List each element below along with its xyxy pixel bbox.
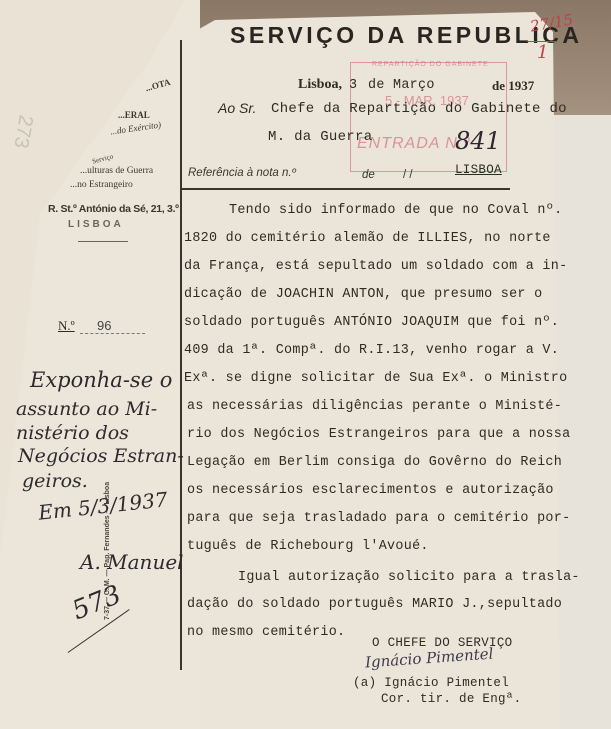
- body-line: as necessárias diligências perante o Min…: [187, 399, 562, 414]
- addressee-line-1: Chefe da Repartição do Gabinete do: [271, 101, 567, 117]
- body-line: os necessários esclarecimentos e autoriz…: [187, 483, 554, 498]
- body-line: Tendo sido informado de que no Coval nº.: [229, 203, 562, 218]
- body-line: da França, está sepultado um soldado com…: [184, 259, 567, 274]
- note-line: geiros.: [22, 470, 88, 492]
- reference-label: Referência à nota n.º: [188, 167, 296, 179]
- fold-city: LISBOA: [68, 219, 124, 230]
- corner-note-bottom: 1: [537, 42, 548, 63]
- reference-slashes: / /: [403, 169, 413, 181]
- addressee-prefix: Ao Sr.: [218, 100, 256, 116]
- body-line: rio dos Negócios Estrangeiros para que a…: [187, 427, 570, 442]
- body-line: dicação de JOACHIN ANTON, que presumo se…: [184, 287, 542, 302]
- fold-header-line: ...no Estrangeiro: [70, 180, 133, 190]
- printer-imprint: 7-37 — C. M. — Pap. Fernandes — Lisboa: [104, 482, 111, 620]
- document-number: 96: [97, 318, 111, 333]
- body-line: tuguês de Richebourg l'Avoué.: [187, 539, 429, 554]
- fold-header-line: ...ulturas de Guerra: [80, 166, 153, 176]
- note-line: Exponha-se o: [30, 368, 172, 392]
- note-line: nistério dos: [16, 422, 129, 444]
- stamp-header: REPARTIÇÃO DO GABINETE: [372, 61, 489, 68]
- number-rule: [80, 333, 145, 335]
- note-line: assunto ao Mi-: [16, 398, 157, 420]
- fold-rule: [78, 241, 128, 242]
- reference-de: de: [362, 169, 375, 181]
- body-line: Legação em Berlim consiga do Govêrno do …: [187, 455, 562, 470]
- signatory-rank: Cor. tir. de Engª.: [381, 692, 521, 706]
- body-line: dação do soldado português MARIO J.,sepu…: [187, 597, 562, 612]
- reference-city: LISBOA: [455, 163, 502, 177]
- body-line: Igual autorização solicito para a trasla…: [238, 570, 580, 585]
- date-place: Lisboa,: [298, 77, 342, 93]
- margin-line: [180, 40, 182, 670]
- note-line: Negócios Estran-: [18, 445, 184, 467]
- addressee-line-2: M. da Guerra: [268, 129, 372, 145]
- body-line: no mesmo cemitério.: [187, 625, 345, 640]
- date-day: 3: [349, 78, 357, 93]
- fold-address: R. St.º António da Sé, 21, 3.º: [48, 203, 179, 215]
- document-number-label: N.º: [58, 318, 75, 334]
- body-line: 409 da 1ª. Compª. do R.I.13, venho rogar…: [184, 343, 559, 358]
- signatory-name: (a) Ignácio Pimentel: [353, 676, 509, 690]
- date-month: de Março: [368, 78, 435, 93]
- fold-header-line: ...ERAL: [118, 110, 150, 120]
- stamp-entry-number: 841: [455, 127, 501, 155]
- body-line: 1820 do cemitério alemão de ILLIES, no n…: [184, 231, 551, 246]
- stamp-entry-label: ENTRADA N.º: [357, 135, 470, 153]
- body-line: Exª. se digne solicitar de Sua Exª. o Mi…: [184, 371, 567, 386]
- reference-rule: [182, 188, 510, 190]
- date-year: de 1937: [492, 78, 534, 94]
- note-initials: A. Manuel: [80, 550, 184, 574]
- body-line: para que seja trasladado para o cemitéri…: [187, 511, 570, 526]
- body-line: soldado português ANTÓNIO JOAQUIM que fo…: [184, 315, 559, 330]
